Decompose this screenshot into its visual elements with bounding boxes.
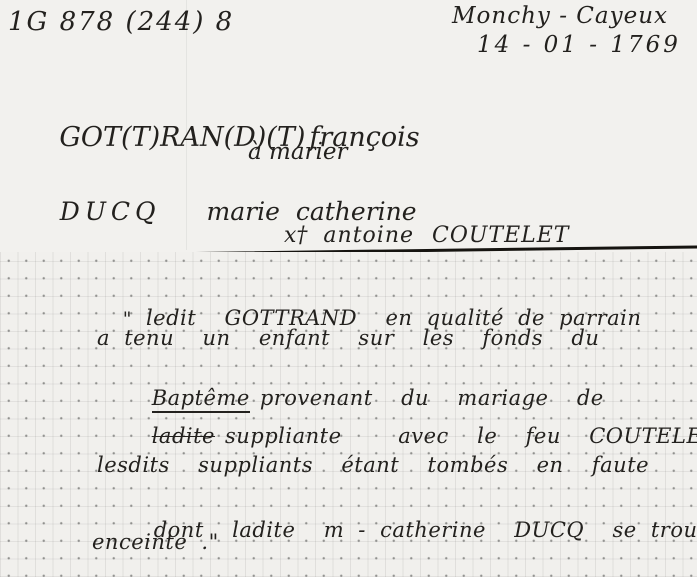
marriage-status: à marier: [248, 140, 348, 165]
previous-spouse: antoine COUTELET: [323, 223, 569, 248]
quote-line-5: lesdits suppliants étant tombés en faute: [97, 454, 649, 477]
scanned-document: 1G 878 (244) 8 Monchy - Cayeux 14 - 01 -…: [0, 0, 697, 577]
bride-surname: DUCQ: [60, 197, 161, 226]
quote-line-7: enceinte .": [92, 531, 219, 554]
place-name: Monchy - Cayeux: [452, 4, 668, 29]
scribbled-word: ladite: [152, 424, 215, 448]
quote-line-6-text: dont ladite m - catherine DUCQ se trouve: [154, 518, 697, 542]
quote-line-2: a tenu un enfant sur les fonds du: [97, 327, 599, 350]
quote-line-4-text: suppliante avec le feu COUTELET ---: [225, 424, 697, 448]
archive-reference: 1G 878 (244) 8: [8, 8, 234, 37]
marriage-cross-symbol: x†: [284, 223, 307, 248]
record-date: 14 - 01 - 1769: [477, 33, 681, 58]
groom-name: GOT(T)RAN(D)(T)françois: [25, 93, 420, 182]
